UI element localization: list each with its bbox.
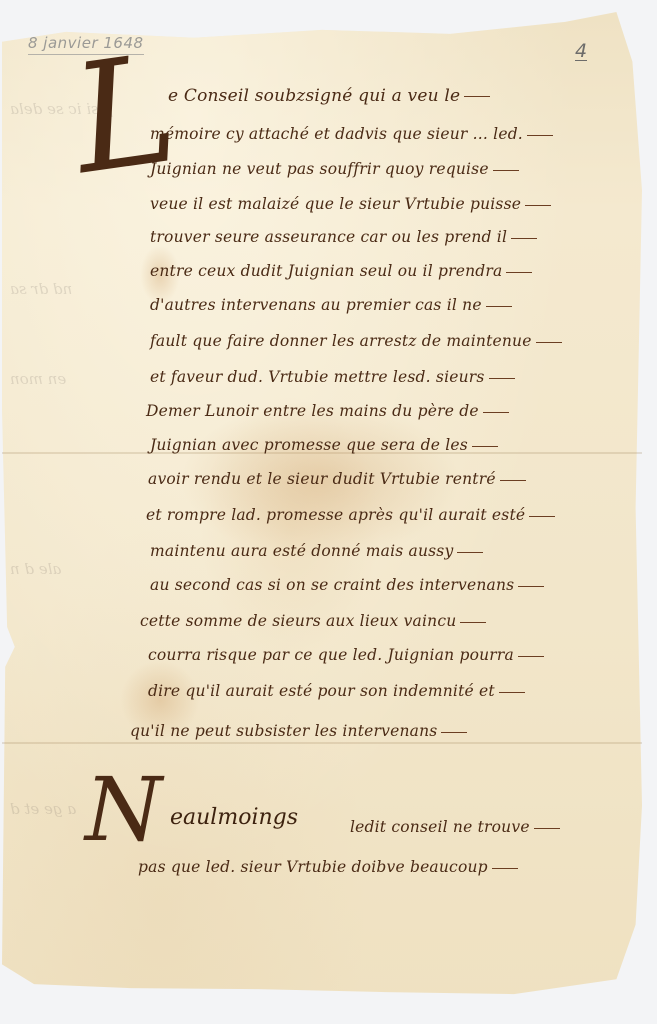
- heading-word: eaulmoings: [170, 805, 298, 830]
- text-line: avoir rendu et le sieur dudit Vrtubie re…: [148, 470, 526, 488]
- folio-number: 4: [575, 42, 587, 61]
- text-line: courra risque par ce que led. Juignian p…: [148, 646, 544, 664]
- text-line: cette somme de sieurs aux lieux vaincu: [140, 612, 486, 630]
- text-line: veue il est malaizé que le sieur Vrtubie…: [150, 195, 551, 213]
- text-line: Juignian ne veut pas souffrir quoy requi…: [150, 160, 519, 178]
- text-line: e Conseil soubzsigné qui a veu le: [168, 86, 490, 106]
- decorated-initial: N: [85, 765, 162, 855]
- text-line: maintenu aura esté donné mais aussy: [150, 542, 483, 560]
- closing-heading-word: eaulmoings: [170, 805, 298, 830]
- text-line: et rompre lad. promesse après qu'il aura…: [146, 506, 555, 524]
- text-line: pas que led. sieur Vrtubie doibve beauco…: [138, 858, 518, 876]
- text-line: mémoire cy attaché et dadvis que sieur .…: [150, 125, 553, 143]
- text-line: ledit conseil ne trouve: [350, 818, 560, 836]
- text-line: et faveur dud. Vrtubie mettre lesd. sieu…: [150, 368, 515, 386]
- text-line: trouver seure asseurance car ou les pren…: [150, 228, 537, 246]
- bleed-through-text: a ge et d: [10, 800, 76, 818]
- text-line: Demer Lunoir entre les mains du père de: [146, 402, 509, 420]
- bleed-through-text: nd dr sa: [10, 280, 72, 298]
- text-line: Juignian avec promesse que sera de les: [150, 436, 498, 454]
- text-line: dire qu'il aurait esté pour son indemnit…: [148, 682, 525, 700]
- text-line: qu'il ne peut subsister les intervenans: [130, 722, 467, 740]
- bleed-through-text: en mon: [10, 370, 66, 388]
- bleed-through-text: ale d n: [10, 560, 61, 578]
- text-line: entre ceux dudit Juignian seul ou il pre…: [150, 262, 532, 280]
- paper-fold: [2, 742, 642, 744]
- text-line: au second cas si on se craint des interv…: [150, 576, 544, 594]
- text-line: fault que faire donner les arrestz de ma…: [150, 332, 562, 350]
- text-line: d'autres intervenans au premier cas il n…: [150, 296, 512, 314]
